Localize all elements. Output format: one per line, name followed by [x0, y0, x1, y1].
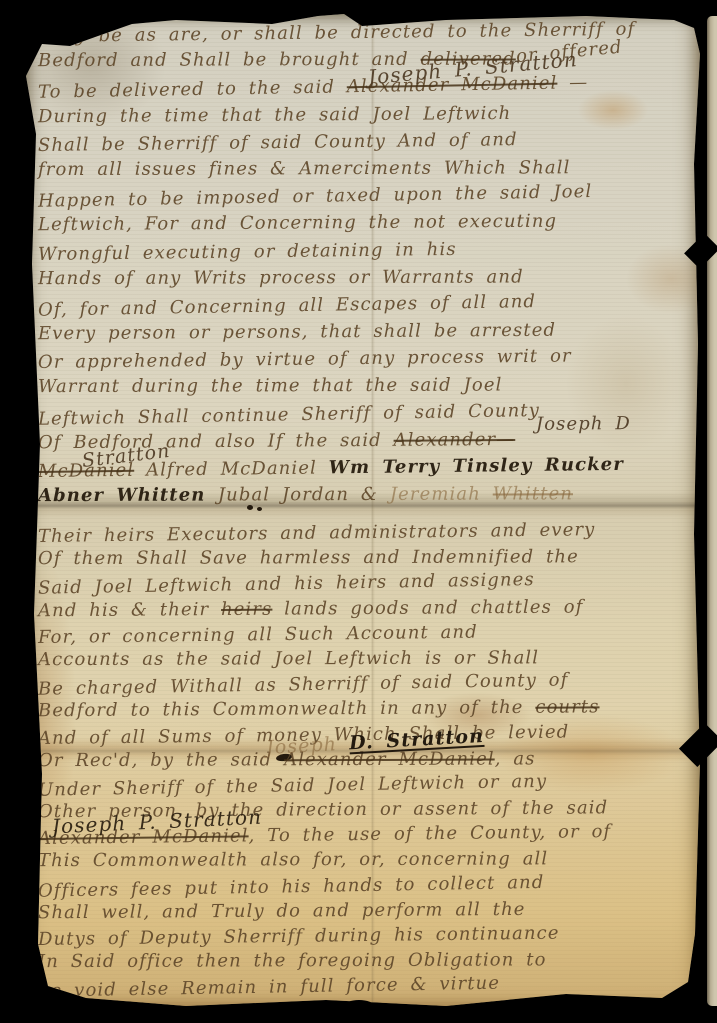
- text-block-1: They be as are, or shall be directed to …: [38, 22, 690, 511]
- text-segment: lands goods and chattles of: [272, 596, 583, 619]
- text-segment: Their heirs Executors and administrators…: [38, 519, 596, 547]
- text-segment: And his & their: [38, 599, 221, 621]
- text-segment: For, or concerning all Such Account and: [38, 621, 478, 647]
- text-segment: courts: [535, 697, 599, 718]
- text-segment: Alexander—: [394, 429, 516, 451]
- text-segment: heirs: [221, 598, 272, 619]
- torn-notch: [344, 1000, 374, 1012]
- text-segment: be void else Remain in full force & virt…: [38, 973, 500, 1002]
- text-segment: , To the use of the County, or of: [248, 821, 611, 846]
- text-segment: from all issues fines & Amerciments Whic…: [38, 157, 571, 180]
- text-block-2: Their heirs Executors and administrators…: [38, 522, 690, 1001]
- text-segment: During the time that the said Joel Leftw…: [38, 103, 512, 127]
- document-page: They be as are, or shall be directed to …: [26, 14, 700, 1010]
- text-segment: Be charged Withall as Sherriff of said C…: [38, 670, 569, 700]
- text-segment: Joseph: [265, 732, 349, 759]
- text-segment: Warrant during the time that the said Jo…: [38, 375, 503, 398]
- text-segment: To be delivered to the said: [38, 77, 347, 103]
- text-segment: Abner Whitten: [38, 485, 218, 507]
- text-segment: Or Rec'd, by the said: [38, 749, 284, 771]
- text-segment: Of, for and Concerning all Escapes of al…: [38, 291, 536, 321]
- text-segment: Said Joel Leftwich and his heirs and ass…: [38, 569, 535, 599]
- text-segment: Accounts as the said Joel Leftwich is or…: [38, 647, 539, 670]
- text-segment: Whitten: [493, 483, 573, 504]
- text-segment: Jubal Jordan &: [218, 484, 390, 506]
- text-segment: Hands of any Writs process or Warrants a…: [38, 266, 524, 289]
- text-segment: Jeremiah: [390, 484, 493, 505]
- text-segment: Bedford to this Commonwealth in any of t…: [38, 697, 536, 721]
- text-segment: This Commonwealth also for, or, concerni…: [38, 849, 548, 872]
- text-segment: Bedford and Shall be brought and: [38, 49, 421, 71]
- text-segment: Joseph D: [536, 413, 631, 435]
- text-segment: In Said office then the foregoing Obliga…: [38, 950, 547, 973]
- text-segment: —: [557, 72, 588, 94]
- interlineation: Joseph D: [536, 413, 631, 435]
- text-segment: Under Sheriff of the Said Joel Leftwich …: [38, 771, 548, 801]
- manuscript-line: Abner Whitten Jubal Jordan & Jeremiah Wh…: [38, 483, 690, 512]
- text-segment: Leftwich Shall continue Sheriff of said …: [38, 400, 540, 430]
- text-segment: Shall well, and Truly do and perform all…: [38, 899, 526, 923]
- text-segment: Wm Terry Tinsley Rucker: [329, 454, 624, 479]
- text-segment: Every person or persons, that shall be a…: [38, 320, 556, 345]
- photo-background: They be as are, or shall be directed to …: [0, 0, 717, 1023]
- text-segment: Wrongful executing or detaining in his: [38, 238, 457, 264]
- text-segment: Of them Shall Save harmless and Indemnif…: [38, 546, 579, 569]
- adjacent-page-edge: [707, 16, 717, 1006]
- text-segment: Leftwich, For and Concerning the not exe…: [38, 211, 557, 236]
- text-segment: , as: [495, 748, 536, 769]
- text-segment: Officers fees put into his hands to coll…: [38, 871, 545, 901]
